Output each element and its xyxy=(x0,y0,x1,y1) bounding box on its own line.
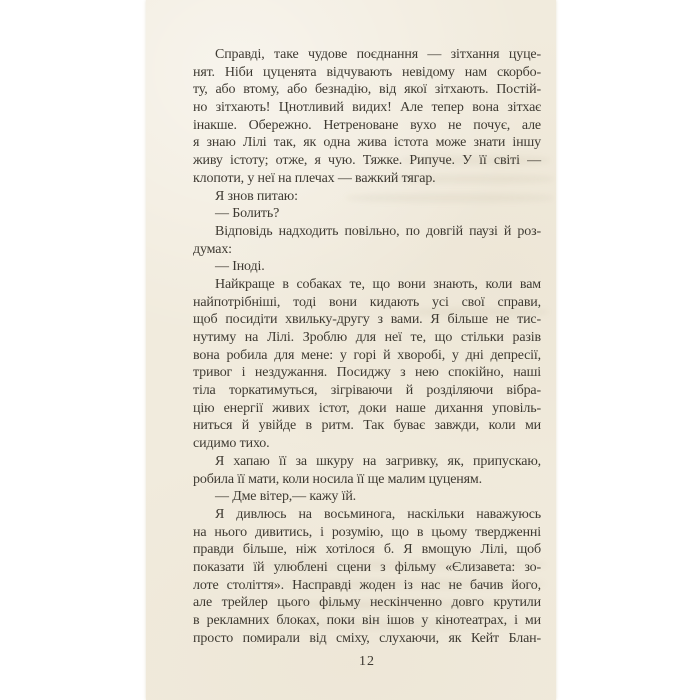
text-line: Відповідь надходить повільно, по довгій … xyxy=(193,223,541,241)
text-line: ниться й увійде в ритм. Так буває завжди… xyxy=(193,417,541,435)
text-line: щоб посидіти хвильку-другу з вами. Я біл… xyxy=(193,311,541,329)
text-line: тривог і нездужання. Посиджу з нею спокі… xyxy=(193,364,541,382)
text-line: клопоти, у неї на плечах — важкий тягар. xyxy=(193,170,541,188)
text-line: Справді, таке чудове поєднання — зітханн… xyxy=(193,46,541,64)
text-line: думах: xyxy=(193,241,541,259)
text-line: інакше. Обережно. Нетреноване вухо не по… xyxy=(193,117,541,135)
text-line: Я хапаю її за шкуру на загривку, як, при… xyxy=(193,453,541,471)
text-line: сидимо тихо. xyxy=(193,435,541,453)
text-line: но зітхають! Цнотливий видих! Але тепер … xyxy=(193,99,541,117)
page-text: Справді, таке чудове поєднання — зітханн… xyxy=(193,46,541,647)
text-line: нутиму на Лілі. Зроблю для неї те, що ст… xyxy=(193,329,541,347)
text-line: цію енергії живих істот, доки наше дихан… xyxy=(193,400,541,418)
text-line: Я дивлюсь на восьминога, наскільки наваж… xyxy=(193,506,541,524)
text-line: показати їй улюблені сцени з фільму «Єли… xyxy=(193,559,541,577)
text-line: лоте століття». Насправді жоден із нас н… xyxy=(193,577,541,595)
page-number: 12 xyxy=(193,654,541,670)
text-line: в рекламних блоках, поки він ішов у кіно… xyxy=(193,612,541,630)
text-line: живу істоту; отже, я чую. Тяжке. Рипуче.… xyxy=(193,152,541,170)
text-line: — Болить? xyxy=(193,205,541,223)
text-line: я знаю Лілі так, як одна жива істота мож… xyxy=(193,134,541,152)
text-line: просто помирали від сміху, слухаючи, як … xyxy=(193,630,541,648)
scan-background: Справді, таке чудове поєднання — зітханн… xyxy=(0,0,700,700)
book-page: Справді, таке чудове поєднання — зітханн… xyxy=(146,0,556,700)
text-line: — Іноді. xyxy=(193,258,541,276)
text-line: правди більше, ніж хотілося б. Я вмощую … xyxy=(193,541,541,559)
text-line: — Дме вітер,— кажу їй. xyxy=(193,488,541,506)
text-line: тіла торкатимуться, зігріваючи й розділя… xyxy=(193,382,541,400)
text-line: Найкраще в собаках те, що вони знають, к… xyxy=(193,276,541,294)
text-line: нят. Ніби цуценята відчувають невідому н… xyxy=(193,64,541,82)
text-line: але трейлер цього фільму нескінченно дов… xyxy=(193,594,541,612)
text-line: вона робила для мене: у горі й хворобі, … xyxy=(193,347,541,365)
text-line: Я знов питаю: xyxy=(193,188,541,206)
text-line: найпотрібніші, тоді вони кидають усі сво… xyxy=(193,294,541,312)
text-line: робила її мати, коли носила її ще малим … xyxy=(193,471,541,489)
text-line: на нього дивитись, і розумію, що в цьому… xyxy=(193,524,541,542)
text-line: ту, або втому, або безнадію, від якої зі… xyxy=(193,81,541,99)
